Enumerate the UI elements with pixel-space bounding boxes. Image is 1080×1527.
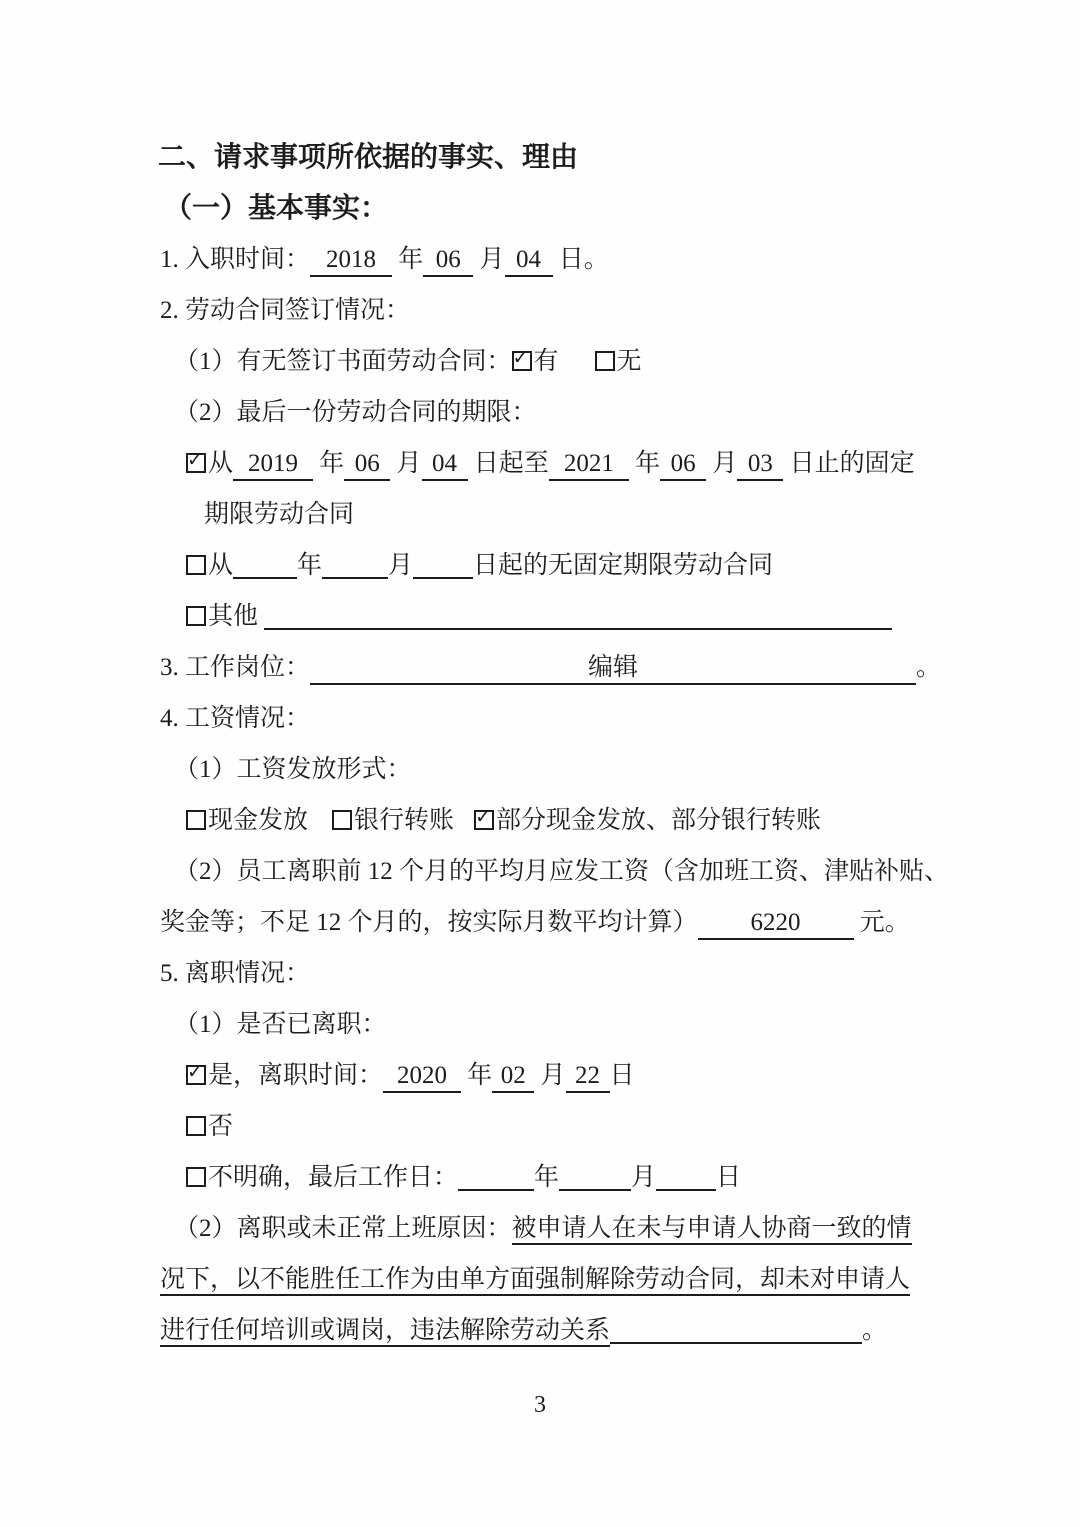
payment-form-options: 现金发放银行转账✓部分现金发放、部分银行转账 [156,795,930,846]
item-4-salary: 4. 工资情况： [156,693,930,744]
field-value: 编辑 [310,652,916,685]
text-run: 4. 工资情况： [160,705,310,732]
text-run: 不明确，最后工作日： [208,1164,458,1191]
text-run: 月 [388,552,413,579]
text-run: （2）最后一份劳动合同的期限： [174,399,537,426]
blank-field[interactable] [233,577,297,579]
text-run: 元。 [854,909,910,936]
text-run: 期限劳动合同 [204,501,354,528]
option-resigned-no: 否 [156,1101,930,1152]
text-run: 年 [461,1062,492,1089]
text-run: 日止的固定 [783,450,914,477]
blank-field[interactable] [458,1189,534,1191]
checkbox-unchecked[interactable] [595,351,615,371]
field-value: 04 [505,244,553,277]
text-run: 日 [716,1164,741,1191]
text-run: 年 [313,450,344,477]
option-open-term-contract: 从年月日起的无固定期限劳动合同 [156,540,930,591]
text-run: 年 [392,246,423,273]
item-3-job-position: 3. 工作岗位：编辑。 [156,642,930,693]
text-run: 银行转账 [354,807,454,834]
field-value: 6220 [698,907,854,940]
field-value-underlined: 被申请人在未与申请人协商一致的情 [512,1215,912,1245]
field-value: 04 [422,448,468,481]
text-run: 有 [534,348,559,375]
text-run: （1）工资发放形式： [174,756,412,783]
item-5-2-reason-line2: 况下，以不能胜任工作为由单方面强制解除劳动合同，却未对申请人 [156,1254,930,1305]
item-5-2-reason-line1: （2）离职或未正常上班原因：被申请人在未与申请人协商一致的情 [156,1203,930,1254]
text-run: 现金发放 [208,807,308,834]
document-page: 二、请求事项所依据的事实、理由（一）基本事实：1. 入职时间：2018 年06 … [0,0,1080,1527]
item-5-1-resigned-question: （1）是否已离职： [156,999,930,1050]
text-run: 月 [631,1164,656,1191]
checkbox-checked[interactable]: ✓ [512,351,532,371]
text-run: 日 [610,1062,635,1089]
field-value: 02 [492,1060,534,1093]
blank-field[interactable] [656,1189,716,1191]
text-run: （2）员工离职前 12 个月的平均月应发工资（含加班工资、津贴补贴、 [174,858,949,885]
item-2-1-written-contract: （1）有无签订书面劳动合同：✓有无 [156,336,930,387]
field-value: 2020 [383,1060,461,1093]
checkbox-unchecked[interactable] [332,810,352,830]
text-run: 。 [916,654,941,681]
item-4-2-average-salary-line2: 奖金等；不足 12 个月的，按实际月数平均计算）6220 元。 [156,897,930,948]
field-value: 03 [737,448,783,481]
item-5-resignation: 5. 离职情况： [156,948,930,999]
checkbox-unchecked[interactable] [186,810,206,830]
text-run: 二、请求事项所依据的事实、理由 [158,142,578,173]
check-mark-icon: ✓ [187,452,203,468]
checkbox-unchecked[interactable] [186,555,206,575]
blank-field[interactable] [610,1342,862,1344]
text-run: 月 [390,450,421,477]
text-run: 年 [629,450,660,477]
section-heading: 二、请求事项所依据的事实、理由 [156,132,930,183]
option-fixed-term-contract: ✓从2019 年06 月04 日起至2021 年06 月03 日止的固定 [156,438,930,489]
option-fixed-term-contract-cont: 期限劳动合同 [156,489,930,540]
item-4-2-average-salary-line1: （2）员工离职前 12 个月的平均月应发工资（含加班工资、津贴补贴、 [156,846,930,897]
blank-field[interactable] [322,577,388,579]
text-run: 月 [473,246,504,273]
blank-field[interactable] [559,1189,631,1191]
text-run: 无 [617,348,642,375]
document-body: 二、请求事项所依据的事实、理由（一）基本事实：1. 入职时间：2018 年06 … [0,0,1080,1356]
checkbox-checked[interactable]: ✓ [186,453,206,473]
blank-field[interactable] [413,577,473,579]
check-mark-icon: ✓ [475,809,491,825]
subsection-heading-basic-facts: （一）基本事实： [156,183,930,234]
text-run: 1. 入职时间： [160,246,310,273]
text-run: 日。 [553,246,609,273]
checkbox-unchecked[interactable] [186,1167,206,1187]
item-5-2-reason-line3: 进行任何培训或调岗，违法解除劳动关系。 [156,1305,930,1356]
text-run: 是，离职时间： [208,1062,383,1089]
text-run: 月 [706,450,737,477]
text-run: （1）有无签订书面劳动合同： [174,348,512,375]
item-1-hire-date: 1. 入职时间：2018 年06 月04 日。 [156,234,930,285]
text-run: （1）是否已离职： [174,1011,387,1038]
text-run: 年 [297,552,322,579]
text-run: 奖金等；不足 12 个月的，按实际月数平均计算） [160,909,698,936]
checkbox-checked[interactable]: ✓ [474,810,494,830]
item-4-1-payment-form: （1）工资发放形式： [156,744,930,795]
option-resigned-unclear: 不明确，最后工作日：年月日 [156,1152,930,1203]
text-run: （一）基本事实： [164,193,388,224]
field-value: 22 [566,1060,610,1093]
text-run: 3. 工作岗位： [160,654,310,681]
checkbox-unchecked[interactable] [186,606,206,626]
field-value: 2019 [233,448,313,481]
text-run: 年 [534,1164,559,1191]
text-run: 月 [534,1062,565,1089]
text-run: 日起至 [468,450,549,477]
field-value-underlined: 进行任何培训或调岗，违法解除劳动关系 [160,1317,610,1347]
option-other-contract: 其他 [156,591,930,642]
item-2-contract-signing: 2. 劳动合同签订情况： [156,285,930,336]
field-value: 2021 [549,448,629,481]
check-mark-icon: ✓ [187,1064,203,1080]
text-run: （2）离职或未正常上班原因： [174,1215,512,1242]
option-resigned-yes: ✓是，离职时间：2020 年02 月22日 [156,1050,930,1101]
checkbox-unchecked[interactable] [186,1116,206,1136]
field-value-underlined: 况下，以不能胜任工作为由单方面强制解除劳动合同，却未对申请人 [160,1266,910,1296]
text-run: 从 [208,450,233,477]
text-run: 其他 [208,603,264,630]
text-run: 。 [862,1317,887,1344]
text-run: 部分现金发放、部分银行转账 [496,807,821,834]
text-run: 5. 离职情况： [160,960,310,987]
item-2-2-last-contract-term: （2）最后一份劳动合同的期限： [156,387,930,438]
blank-field[interactable] [264,628,892,630]
check-mark-icon: ✓ [513,350,529,366]
text-run: 日起的无固定期限劳动合同 [473,552,773,579]
field-value: 06 [660,448,706,481]
text-run: 从 [208,552,233,579]
checkbox-checked[interactable]: ✓ [186,1065,206,1085]
page-number: 3 [0,1390,1080,1420]
text-run: 否 [208,1113,233,1140]
field-value: 06 [423,244,473,277]
text-run: 2. 劳动合同签订情况： [160,297,410,324]
field-value: 06 [344,448,390,481]
field-value: 2018 [310,244,392,277]
